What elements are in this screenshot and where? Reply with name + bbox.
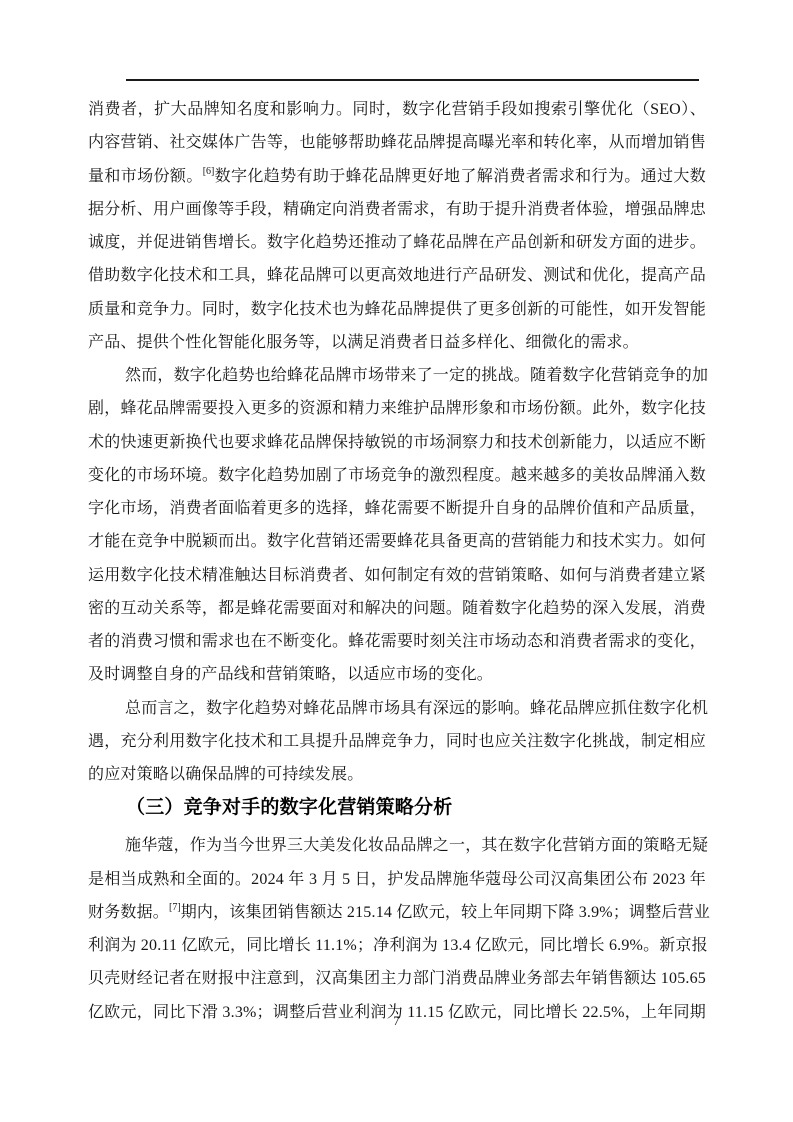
body-line: 剧，蜂花品牌需要投入更多的资源和精力来维护品牌形象和市场份额。此外，数字化技 <box>88 392 706 425</box>
page-number: 7 <box>0 1013 793 1029</box>
body-line: 财务数据。[7]期内，该集团销售额达 215.14 亿欧元，较上年同期下降 3.… <box>88 896 706 929</box>
body-line-text: 期内，该集团销售额达 215.14 亿欧元，较上年同期下降 3.9%；调整后营业 <box>181 904 710 921</box>
body-line: 密的互动关系等，都是蜂花需要面对和解决的问题。随着数字化趋势的深入发展，消费 <box>88 592 706 625</box>
body-line: 变化的市场环境。数字化趋势加剧了市场竞争的激烈程度。越来越多的美妆品牌涌入数 <box>88 459 706 492</box>
body-line-text: 量和市场份额。 <box>88 168 203 185</box>
body-line: 施华蔻，作为当今世界三大美发化妆品品牌之一，其在数字化营销方面的策略无疑 <box>88 829 706 862</box>
header-rule-line <box>126 79 699 81</box>
body-line: 运用数字化技术精准触达目标消费者、如何制定有效的营销策略、如何与消费者建立紧 <box>88 559 706 592</box>
body-line: 量和市场份额。[6]数字化趋势有助于蜂花品牌更好地了解消费者需求和行为。通过大数 <box>88 160 706 193</box>
document-page: 消费者，扩大品牌知名度和影响力。同时，数字化营销手段如搜索引擎优化（SEO）、 … <box>0 0 793 1122</box>
body-line: 诚度，并促进销售增长。数字化趋势还推动了蜂花品牌在产品创新和研发方面的进步。 <box>88 226 706 259</box>
body-line: 内容营销、社交媒体广告等，也能够帮助蜂花品牌提高曝光率和转化率，从而增加销售 <box>88 126 706 159</box>
body-line: 才能在竞争中脱颖而出。数字化营销还需要蜂花具备更高的营销能力和技术实力。如何 <box>88 525 706 558</box>
body-line: 遇，充分利用数字化技术和工具提升品牌竞争力，同时也应关注数字化挑战，制定相应 <box>88 725 706 758</box>
body-line-text: 数字化趋势有助于蜂花品牌更好地了解消费者需求和行为。通过大数 <box>214 168 706 185</box>
body-line: 贝壳财经记者在财报中注意到，汉高集团主力部门消费品牌业务部去年销售额达 105.… <box>88 962 706 995</box>
section-heading: （三）竞争对手的数字化营销策略分析 <box>88 791 706 829</box>
body-line: 借助数字化技术和工具，蜂花品牌可以更高效地进行产品研发、测试和优化，提高产品 <box>88 259 706 292</box>
body-line: 利润为 20.11 亿欧元，同比增长 11.1%；净利润为 13.4 亿欧元，同… <box>88 929 706 962</box>
footnote-marker-6[interactable]: [6] <box>203 166 215 177</box>
body-line: 然而，数字化趋势也给蜂花品牌市场带来了一定的挑战。随着数字化营销竞争的加 <box>88 359 706 392</box>
document-body: 消费者，扩大品牌知名度和影响力。同时，数字化营销手段如搜索引擎优化（SEO）、 … <box>88 93 706 1029</box>
body-line: 消费者，扩大品牌知名度和影响力。同时，数字化营销手段如搜索引擎优化（SEO）、 <box>88 93 706 126</box>
body-line-text: 财务数据。 <box>88 904 169 921</box>
body-line: 者的消费习惯和需求也在不断变化。蜂花需要时刻关注市场动态和消费者需求的变化， <box>88 625 706 658</box>
body-line: 及时调整自身的产品线和营销策略，以适应市场的变化。 <box>88 658 706 691</box>
body-line: 据分析、用户画像等手段，精确定向消费者需求，有助于提升消费者体验，增强品牌忠 <box>88 193 706 226</box>
body-line: 产品、提供个性化智能化服务等，以满足消费者日益多样化、细微化的需求。 <box>88 326 706 359</box>
body-line: 字化市场，消费者面临着更多的选择，蜂花需要不断提升自身的品牌价值和产品质量， <box>88 492 706 525</box>
body-line: 总而言之，数字化趋势对蜂花品牌市场具有深远的影响。蜂花品牌应抓住数字化机 <box>88 692 706 725</box>
footnote-marker-7[interactable]: [7] <box>169 902 181 913</box>
body-line: 的应对策略以确保品牌的可持续发展。 <box>88 758 706 791</box>
body-line: 质量和竞争力。同时，数字化技术也为蜂花品牌提供了更多创新的可能性，如开发智能 <box>88 293 706 326</box>
body-line: 是相当成熟和全面的。2024 年 3 月 5 日，护发品牌施华蔻母公司汉高集团公… <box>88 863 706 896</box>
body-line: 术的快速更新换代也要求蜂花品牌保持敏锐的市场洞察力和技术创新能力，以适应不断 <box>88 426 706 459</box>
